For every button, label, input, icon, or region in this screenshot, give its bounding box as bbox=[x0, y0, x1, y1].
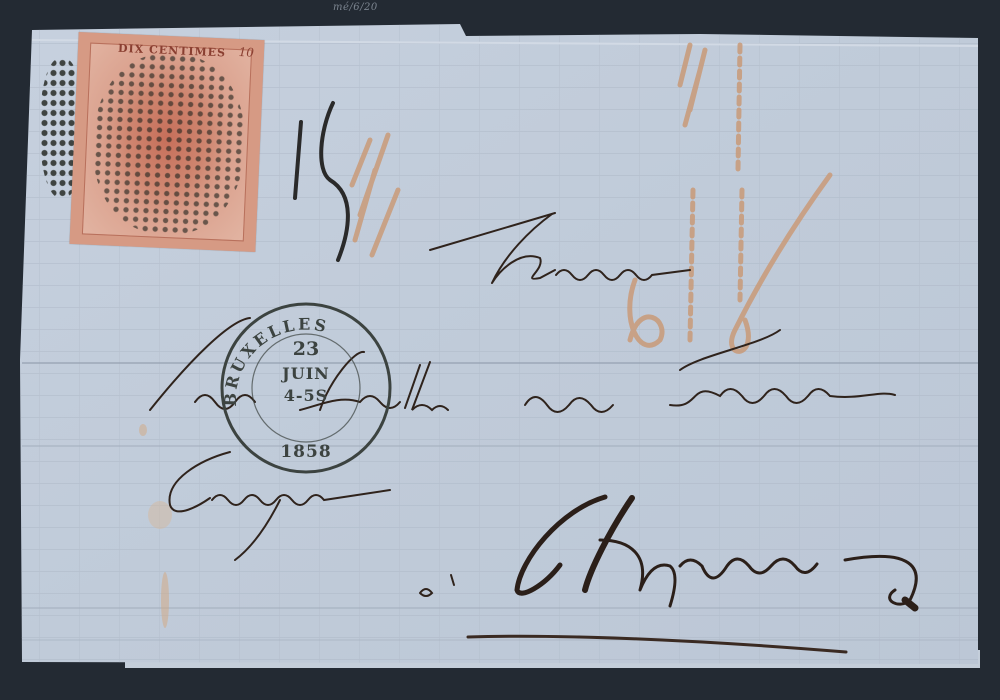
address-destination: Anvers bbox=[0, 0, 1, 1]
address-line-2: Van Lidth de Jeude bbox=[0, 0, 1, 1]
address-prefix: à bbox=[0, 0, 1, 1]
transcription: 15 Monsieur Van Lidth de Jeude Compris à… bbox=[0, 0, 1000, 700]
postal-cover-photo: mé/6/20 DIX CENTIMES 10 bbox=[0, 0, 1000, 700]
address-line-1: Monsieur bbox=[0, 0, 1, 1]
address-line-3: Compris bbox=[0, 0, 1, 1]
rate-mark-text: 15 bbox=[0, 0, 1, 1]
